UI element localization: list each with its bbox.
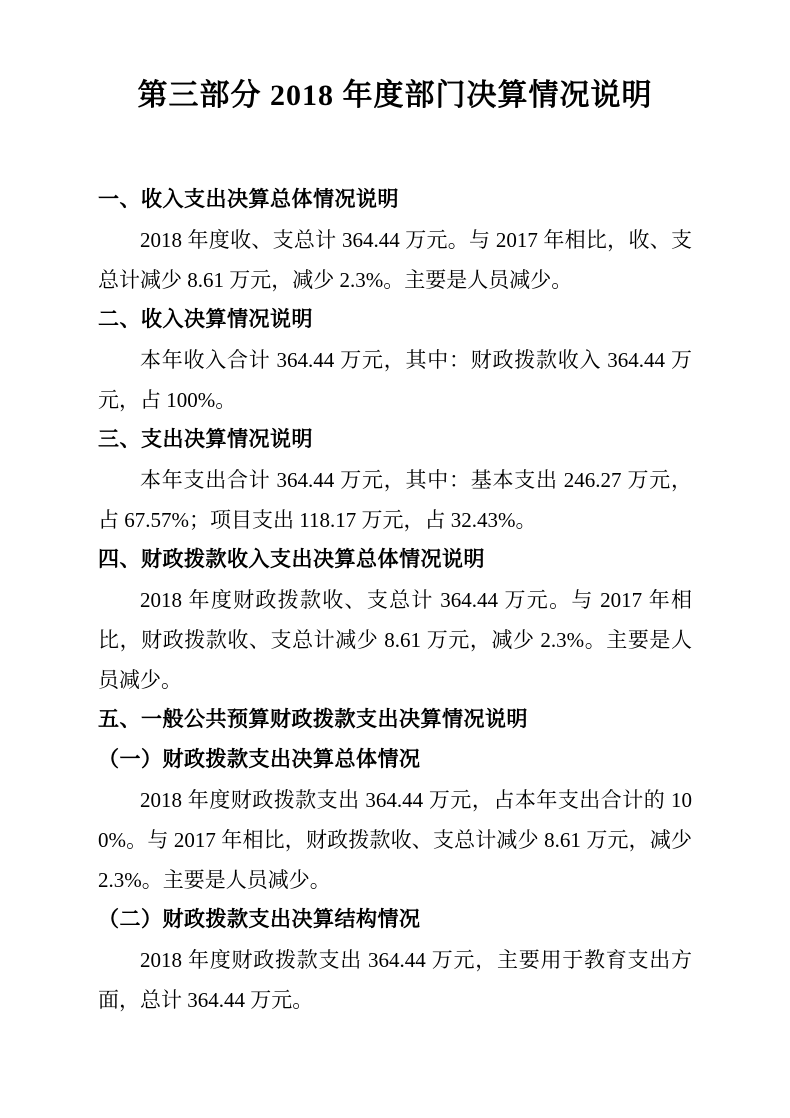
section-5-subsection-2-heading: （二）财政拨款支出决算结构情况 [98,900,692,940]
document-body: 一、收入支出决算总体情况说明 2018 年度收、支总计 364.44 万元。与 … [98,180,692,1020]
section-2-paragraph: 本年收入合计 364.44 万元，其中：财政拨款收入 364.44 万元，占 1… [98,340,692,420]
section-5-heading: 五、一般公共预算财政拨款支出决算情况说明 [98,700,692,740]
document-title: 第三部分 2018 年度部门决算情况说明 [98,74,692,118]
section-5-subsection-1-heading: （一）财政拨款支出决算总体情况 [98,740,692,780]
section-fiscal-appropriation-overview: 四、财政拨款收入支出决算总体情况说明 2018 年度财政拨款收、支总计 364.… [98,540,692,700]
section-expenditure-final-accounts: 三、支出决算情况说明 本年支出合计 364.44 万元，其中：基本支出 246.… [98,420,692,540]
section-general-public-budget-expenditure: 五、一般公共预算财政拨款支出决算情况说明 （一）财政拨款支出决算总体情况 201… [98,700,692,1020]
section-5-subsection-1-paragraph: 2018 年度财政拨款支出 364.44 万元，占本年支出合计的 100%。与 … [98,780,692,900]
document-page: 第三部分 2018 年度部门决算情况说明 一、收入支出决算总体情况说明 2018… [0,0,790,1118]
section-5-subsection-2-paragraph: 2018 年度财政拨款支出 364.44 万元，主要用于教育支出方面，总计 36… [98,940,692,1020]
section-3-paragraph: 本年支出合计 364.44 万元，其中：基本支出 246.27 万元，占 67.… [98,460,692,540]
section-4-paragraph: 2018 年度财政拨款收、支总计 364.44 万元。与 2017 年相比，财政… [98,580,692,700]
section-income-expenditure-overview: 一、收入支出决算总体情况说明 2018 年度收、支总计 364.44 万元。与 … [98,180,692,300]
section-4-heading: 四、财政拨款收入支出决算总体情况说明 [98,540,692,580]
section-2-heading: 二、收入决算情况说明 [98,300,692,340]
section-income-final-accounts: 二、收入决算情况说明 本年收入合计 364.44 万元，其中：财政拨款收入 36… [98,300,692,420]
section-1-heading: 一、收入支出决算总体情况说明 [98,180,692,220]
section-3-heading: 三、支出决算情况说明 [98,420,692,460]
section-1-paragraph: 2018 年度收、支总计 364.44 万元。与 2017 年相比，收、支总计减… [98,220,692,300]
